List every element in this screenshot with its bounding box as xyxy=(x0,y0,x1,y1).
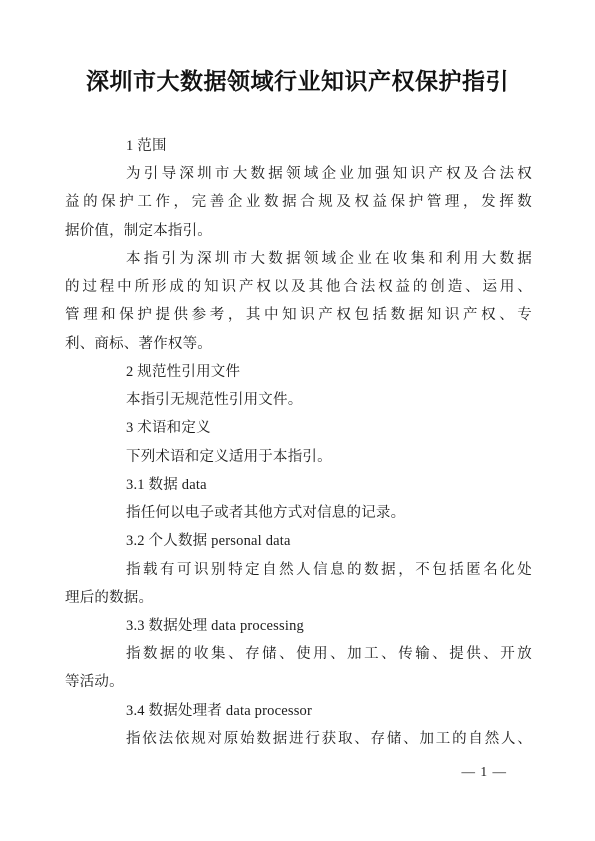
body-line: 益的保护工作，完善企业数据合规及权益保护管理，发挥数 xyxy=(65,188,532,216)
body-line: 3.2 个人数据 personal data xyxy=(65,527,532,555)
body-line: 3 术语和定义 xyxy=(65,414,532,442)
body-line: 下列术语和定义适用于本指引。 xyxy=(65,443,532,471)
body-line: 指数据的收集、存储、使用、加工、传输、提供、开放 xyxy=(65,640,532,668)
body-line: 为引导深圳市大数据领域企业加强知识产权及合法权 xyxy=(65,160,532,188)
body-line: 指任何以电子或者其他方式对信息的记录。 xyxy=(65,499,532,527)
body-line: 理后的数据。 xyxy=(65,584,532,612)
document-body: 1 范围为引导深圳市大数据领域企业加强知识产权及合法权益的保护工作，完善企业数据… xyxy=(65,132,532,753)
body-line: 等活动。 xyxy=(65,668,532,696)
body-line: 利、商标、著作权等。 xyxy=(65,330,532,358)
body-line: 本指引为深圳市大数据领域企业在收集和利用大数据 xyxy=(65,245,532,273)
body-line: 2 规范性引用文件 xyxy=(65,358,532,386)
page-number: — 1 — xyxy=(462,764,508,780)
body-line: 指载有可识别特定自然人信息的数据，不包括匿名化处 xyxy=(65,556,532,584)
body-line: 指依法依规对原始数据进行获取、存储、加工的自然人、 xyxy=(65,725,532,753)
document-page: 深圳市大数据领域行业知识产权保护指引 1 范围为引导深圳市大数据领域企业加强知识… xyxy=(0,0,595,841)
body-line: 1 范围 xyxy=(65,132,532,160)
body-line: 据价值，制定本指引。 xyxy=(65,217,532,245)
body-line: 3.4 数据处理者 data processor xyxy=(65,697,532,725)
body-line: 管理和保护提供参考，其中知识产权包括数据知识产权、专 xyxy=(65,301,532,329)
body-line: 的过程中所形成的知识产权以及其他合法权益的创造、运用、 xyxy=(65,273,532,301)
body-line: 3.1 数据 data xyxy=(65,471,532,499)
body-line: 3.3 数据处理 data processing xyxy=(65,612,532,640)
page-title: 深圳市大数据领域行业知识产权保护指引 xyxy=(0,63,595,96)
body-line: 本指引无规范性引用文件。 xyxy=(65,386,532,414)
